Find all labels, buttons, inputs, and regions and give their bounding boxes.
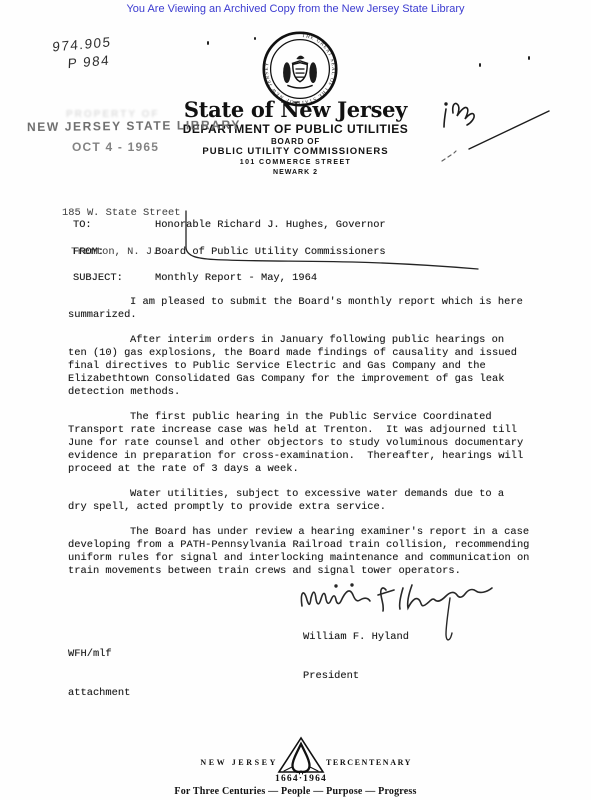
body-line: I am pleased to submit the Board's month… — [68, 296, 558, 309]
tercentenary-motto: For Three Centuries — People — Purpose —… — [0, 786, 591, 797]
paragraph: The first public hearing in the Public S… — [68, 411, 558, 476]
letterhead-city: NEWARK 2 — [0, 169, 591, 176]
tercentenary-left-text: NEW JERSEY — [198, 758, 278, 767]
tercentenary-emblem-icon — [271, 736, 331, 776]
body-line: June for rate counsel and other objector… — [68, 437, 558, 450]
nj-state-seal-icon: THE GREAT SEAL OF THE STATE OF NEW JERSE… — [262, 31, 338, 107]
memo-subject-row: SUBJECT:Monthly Report - May, 1964 — [48, 259, 317, 298]
body-line: evidence in preparation for cross-examin… — [68, 450, 558, 463]
signature-title: President — [303, 670, 409, 683]
body-line: The first public hearing in the Public S… — [68, 411, 558, 424]
body-line: train movements between train crews and … — [68, 565, 558, 578]
body-line: developing from a PATH-Pennsylvania Rail… — [68, 539, 558, 552]
paragraph: The Board has under review a hearing exa… — [68, 526, 558, 578]
memo-to-label: TO: — [73, 219, 155, 232]
scan-speck — [528, 56, 530, 60]
archive-banner: You Are Viewing an Archived Copy from th… — [0, 3, 591, 15]
reference-attachment: attachment — [68, 687, 130, 700]
signature-typed-name: William F. Hyland — [303, 631, 409, 644]
memo-from-label: FROM: — [73, 246, 155, 259]
memo-to-value: Honorable Richard J. Hughes, Governor — [155, 219, 386, 231]
body-line: summarized. — [68, 309, 558, 322]
signature-block: William F. Hyland President — [303, 605, 409, 709]
library-stamp-name: NEW JERSEY STATE LIBRARY — [27, 118, 241, 134]
scan-speck — [479, 63, 481, 67]
body-line: Transport rate increase case was held at… — [68, 424, 558, 437]
paragraph: Water utilities, subject to excessive wa… — [68, 488, 558, 514]
body-line: Elizabethtown Consolidated Gas Company f… — [68, 373, 558, 386]
reference-block: WFH/mlf attachment — [68, 622, 130, 726]
memo-subject-label: SUBJECT: — [73, 272, 155, 285]
paragraph: I am pleased to submit the Board's month… — [68, 296, 558, 322]
tercentenary-years: 1664·1964 — [256, 774, 346, 784]
body-line: ten (10) gas explosions, the Board made … — [68, 347, 558, 360]
paragraph: After interim orders in January followin… — [68, 334, 558, 399]
memo-subject-value: Monthly Report - May, 1964 — [155, 272, 317, 284]
body-line: final directives to Public Service Elect… — [68, 360, 558, 373]
body-line: The Board has under review a hearing exa… — [68, 526, 558, 539]
body-line: detection methods. — [68, 386, 558, 399]
scanned-letter-page: You Are Viewing an Archived Copy from th… — [0, 0, 591, 800]
tercentenary-right-text: TERCENTENARY — [326, 758, 412, 767]
body-line: proceed at the rate of 3 days a week. — [68, 463, 558, 476]
handwritten-call-number: 974.905 P 984 — [51, 33, 111, 74]
body-line: Water utilities, subject to excessive wa… — [68, 488, 558, 501]
body-line: uniform rules for signal and interlockin… — [68, 552, 558, 565]
letterhead-street: 101 COMMERCE STREET — [0, 159, 591, 166]
reference-initials: WFH/mlf — [68, 648, 130, 661]
body-line: dry spell, acted promptly to provide ext… — [68, 501, 558, 514]
body-line: After interim orders in January followin… — [68, 334, 558, 347]
letter-body: I am pleased to submit the Board's month… — [68, 296, 558, 590]
scan-speck — [254, 37, 256, 40]
scan-speck — [207, 41, 209, 45]
memo-from-value: Board of Public Utility Commissioners — [155, 246, 386, 258]
library-stamp-date: OCT 4 - 1965 — [72, 140, 159, 154]
